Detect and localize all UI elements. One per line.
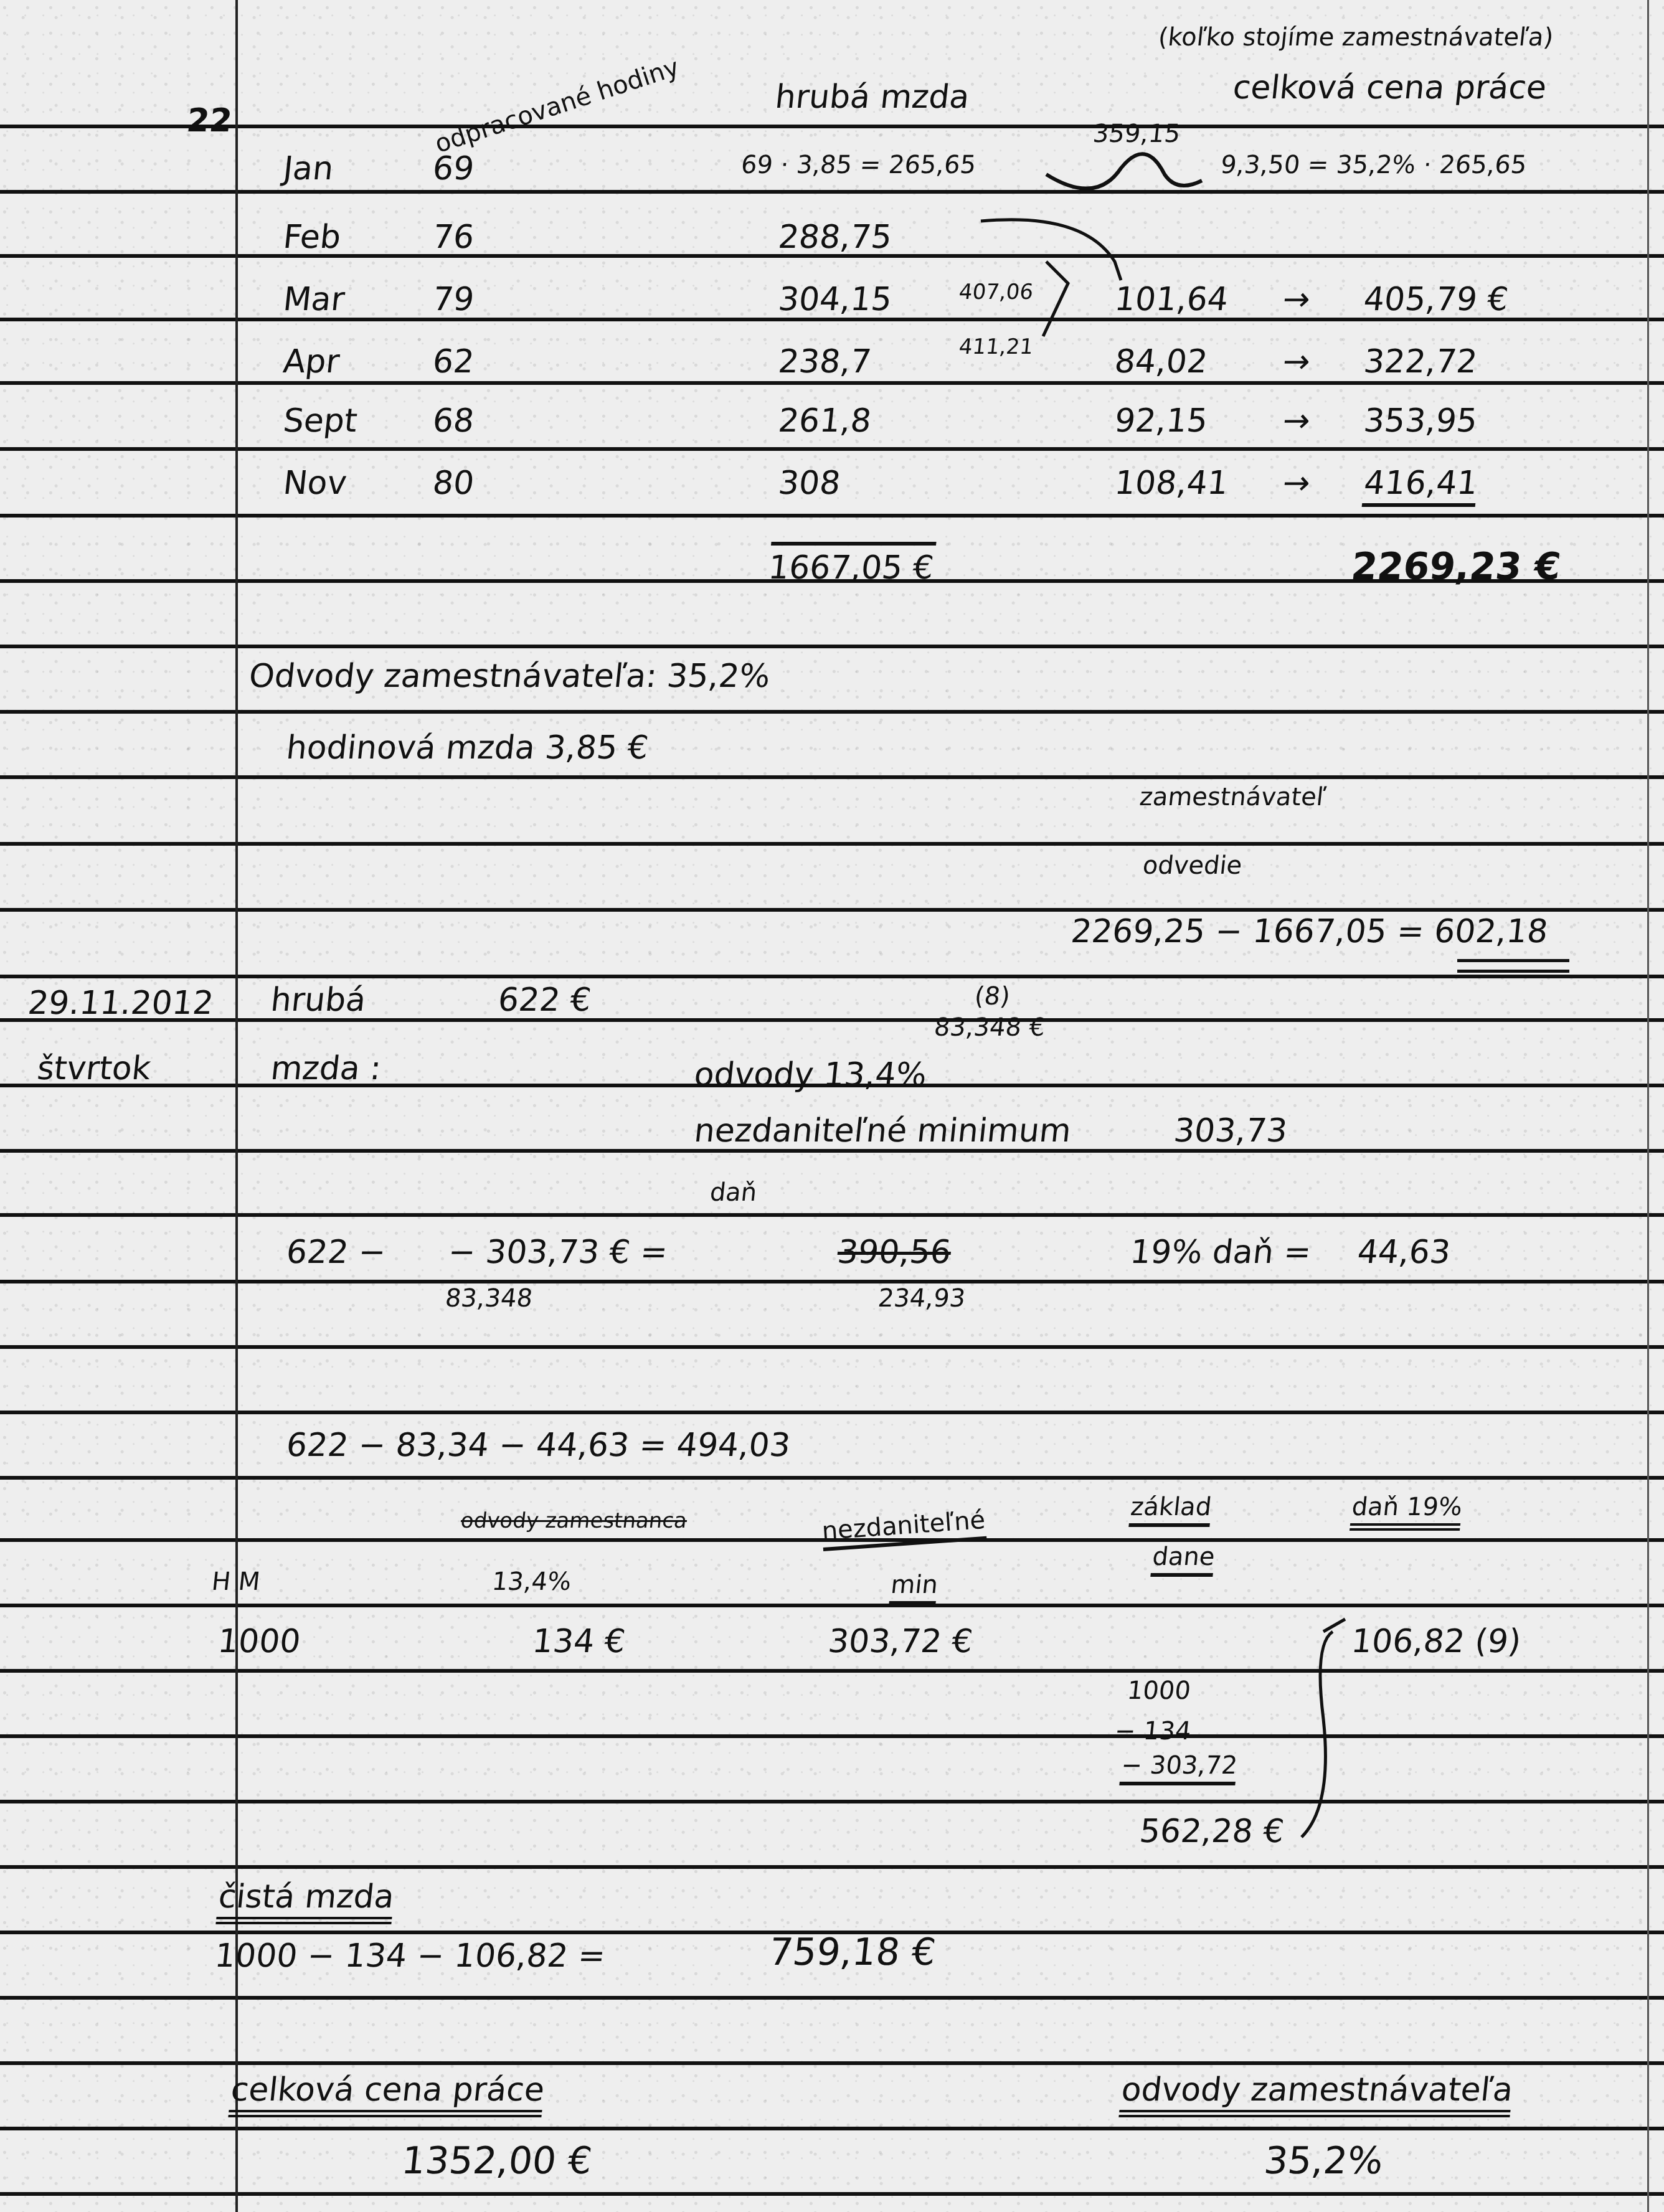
brace-icon [1302,1632,1333,1837]
arrow-feb-icon [981,220,1121,280]
bracket-arrow-icon [1043,262,1068,336]
annotation-arrows [0,0,1664,2212]
curved-arrow-icon [1046,154,1202,188]
arrow-head-icon [1323,1619,1345,1632]
